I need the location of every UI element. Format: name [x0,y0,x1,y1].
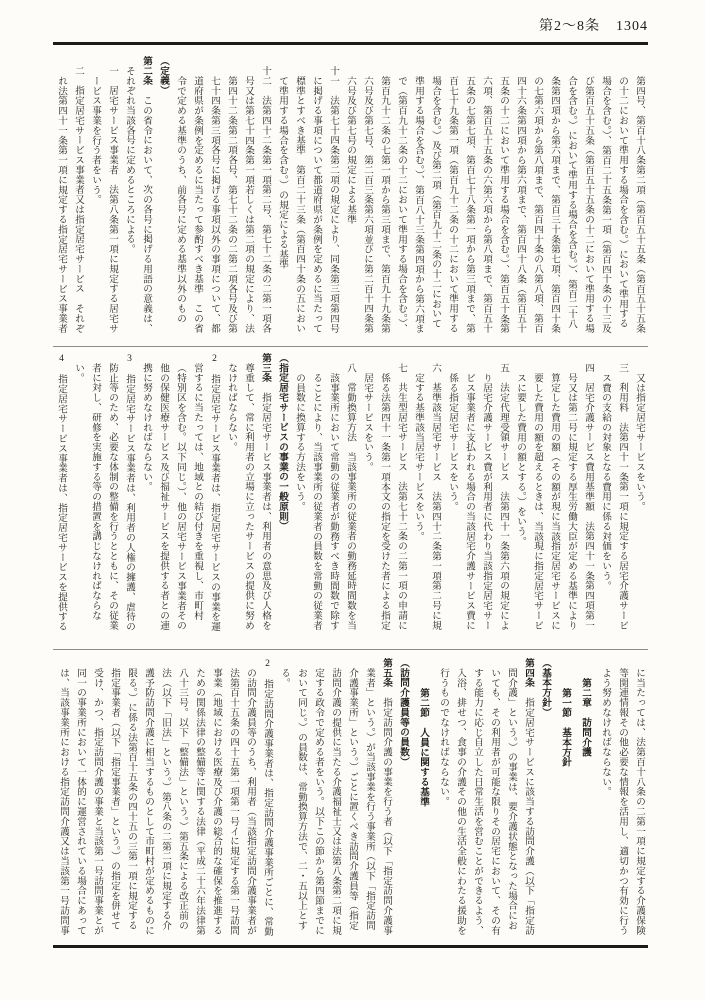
text-column: 受け、かつ、指定訪問介護の事業と当該第一号訪問事業とが [89,658,106,942]
text-column: 第一節 基本方針 [557,658,574,942]
law-book-page: 第2〜8条 1304 第四号、第百十八条第二項（第百五十五条（第百五十五条の十二… [0,0,705,1000]
text-column: 令で定める基準のうち、前各号に定める基準以外のもの [172,56,189,340]
text-column: ビス事業者に支払われる場合の当該居宅介護サービス費に [461,353,478,637]
text-column: 訪問介護の提供に当たる介護福祉士又は法第八条第二項に規 [327,658,344,942]
text-column: 条第四項から第六項まで、第百三十条第七項、第百四十条 [546,56,563,340]
text-column: 尊重して、常に利用者の立場に立ったサービスの提供に努め [240,353,257,637]
text-column: おいて同じ。）の員数は、常勤換算方法で、二・五以上とす [293,658,310,942]
text-column: 三 利用料 法第四十一条第一項に規定する居宅介護サービ [614,353,631,637]
text-column: 二 指定居宅サービス事業者又は指定居宅サービス それぞ [70,56,87,340]
text-column: 百七十九条第一項（第百九十二条の十二において準用する [444,56,461,340]
text-column: 第四十二条第二項各号、第七十二条の二第二項各号及び第 [223,56,240,340]
text-column: の七第六項から第八項まで、第百四十条の八第八項、第百 [529,56,546,340]
text-column: 六項、第百五十五条の六第六項から第八項まで、第百五十 [478,56,495,340]
text-column: 四十六条第四項から第六項まで、第百四十八条（第百五十 [512,56,529,340]
text-column: 2 指定訪問介護事業者は、指定訪問介護事業所ごとに、常勤 [259,658,276,942]
text-column: 事業（地域における医療及び介護の総合的な確保を推進する [208,658,225,942]
text-column: ための関係法律の整備等に関する法律（平成二十六年法律第 [191,658,208,942]
text-column: 指定事業者（以下「指定事業者」という。）の指定を併せて [106,658,123,942]
text-column: 第四条 指定居宅サービスに該当する訪問介護（以下「指定訪 [520,658,537,942]
text-column: 法（以下「旧法」という。）第八条の二第二項に規定する介 [157,658,174,942]
text-column: いても、その利用者が可能な限りその居宅において、その有 [486,658,503,942]
text-column: 護予防訪問介護に相当するものとして市町村が定めるものに [140,658,157,942]
text-column: （訪問介護員等の員数） [395,658,412,942]
text-column: 五条の七第七項、第百七十八条第一項から第三項まで、第 [461,56,478,340]
text-column: 八十三号。以下「整備法」という。）第五条による改正前の [174,658,191,942]
text-column: 六号及び第七号、第二百三条第六項並びに第二百十四条第 [359,56,376,340]
text-column: に掲げる事項について都道府県が条例を定めるに当たって [308,56,325,340]
text-column: の員数に換算する方法をいう。 [291,353,308,637]
text-column: 入浴、排せつ、食事の介護その他の生活全般にわたる援助を [452,658,469,942]
text-column: 限る。）に係る法第百十五条の四十五の三第一項に規定する [123,658,140,942]
text-column: 4 指定居宅サービス事業者は、指定居宅サービスを提供する [53,353,70,637]
text-column: 携に努めなければならない。 [138,353,155,637]
law-text-band-3: に当たっては、法第百十八条の二第一項に規定する介護保険等関連情報その他必要な情報… [53,658,648,942]
text-column: て準用する場合を含む。）の規定による基準 [274,56,291,340]
text-column: 居宅サービスをいう。 [359,353,376,637]
text-column: 第五条 指定訪問介護の事業を行う者（以下「指定訪問介護事 [378,658,395,942]
text-column: 号又は第七十四条第一項若しくは第二項の規定により、法 [240,56,257,340]
text-column: 合を含む。）において準用する場合を含む。）、第百二十八 [563,56,580,340]
page-header: 第2〜8条 1304 [539,15,648,35]
text-column: 2 指定居宅サービス事業者は、指定居宅サービスの事業を運 [206,353,223,637]
text-column: 標準とすべき基準 第百二十三条（第百四十条の五におい [291,56,308,340]
text-column: それぞれ当該各号に定めるところによる。 [121,56,138,340]
text-column: 問介護」という。）の事業は、要介護状態となった場合にお [503,658,520,942]
text-column: 号又は第二号に規定する厚生労働大臣が定める基準により [563,353,580,637]
text-column: 五 法定代理受領サービス 法第四十一条第六項の規定によ [495,353,512,637]
text-column: 七 共生型居宅サービス 法第七十二条の二第一項の申請に [393,353,410,637]
text-column: 道府県が条例を定めるに当たって参酌すべき基準 この省 [189,56,206,340]
text-column: 一 居宅サービス事業者 法第八条第一項に規定する居宅サ [104,56,121,340]
header-rule [53,42,648,45]
band-separator-1 [53,346,648,347]
text-column: 第百九十二条の七第一項から第三項まで、第百九十九条第 [376,56,393,340]
band-separator-2 [53,649,648,650]
page-number-label: 1304 [616,19,648,35]
text-column: 六号及び第七号の規定による基準 [342,56,359,340]
text-column: 七十四条第三項各号に掲げる事項以外の事項について、都 [206,56,223,340]
text-column: 業者」という。）が当該事業を行う事業所（以下「指定訪問 [361,658,378,942]
text-column: 要した費用の額を超えるときは、当該現に指定居宅サービ [529,353,546,637]
text-column: （定義） [155,56,172,340]
text-column: 又は指定居宅サービスをいう。 [631,353,648,637]
text-column: 3 指定居宅サービス事業者は、利用者の人権の擁護、虐待の [121,353,138,637]
text-column: 等関連情報その他必要な情報を活用し、適切かつ有効に行う [614,658,631,942]
text-column: 介護事業所」という。）ごとに置くべき訪問介護員等（指定 [344,658,361,942]
text-column: 防止等のため、必要な体制の整備を行うとともに、その従業 [104,353,121,637]
text-column: 該事業所において常勤の従業者が勤務すべき時間数で除す [325,353,342,637]
text-column: 五条の十二において準用する場合を含む。）、第百五十条第 [495,56,512,340]
text-column: れ法第四十一条第一項に規定する指定居宅サービス事業者 [53,56,70,340]
text-column: する能力に応じ自立した日常生活を営むことができるよう、 [469,658,486,942]
text-column: に当たっては、法第百十八条の二第一項に規定する介護保険 [631,658,648,942]
text-column: 係る法第四十一条第一項本文の指定を受けた者による指定 [376,353,393,637]
text-column: （基本方針） [537,658,554,942]
text-column: 者に対し、研修を実施する等の措置を講じなければならな [87,353,104,637]
text-column: 第三条 指定居宅サービス事業者は、利用者の意思及び人格を [257,353,274,637]
text-column: 係る指定居宅サービスをいう。 [444,353,461,637]
text-column: 定する政令で定める者をいう。以下この節から第四節までに [310,658,327,942]
text-column: る。 [276,658,293,942]
text-column: り居宅介護サービス費が利用者に代わり当該指定居宅サー [478,353,495,637]
footer-rule [53,945,648,948]
law-text-band-1: 第四号、第百十八条第二項（第百五十五条（第百五十五条の十二において準用する場合を… [53,56,648,340]
text-column: （特別区を含む。以下同じ。）、他の居宅サービス事業者その [172,353,189,637]
text-column: 場合を含む。）及び第二項（第百九十二条の十二において [427,56,444,340]
text-column: よう努めなければならない。 [597,658,614,942]
text-column: 第二章 訪問介護 [577,658,594,942]
text-column: で（第百九十二条の十二において準用する場合を含む。）、 [393,56,410,340]
text-column: 十二 法第四十二条第一項第二号、第七十二条の二第一項各 [257,56,274,340]
text-column: ス費の支給の対象となる費用に係る対価をいう。 [597,353,614,637]
text-column: 定する基準該当居宅サービスをいう。 [410,353,427,637]
text-column: 準用する場合を含む。）、第百八十三条第四項から第六項ま [410,56,427,340]
text-column: の訪問介護員等のうち、利用者（当該指定訪問介護事業者が [242,658,259,942]
text-column: 第四号、第百十八条第二項（第百五十五条（第百五十五条 [631,56,648,340]
text-column: スに要した費用の額とする。）をいう。 [512,353,529,637]
text-column: 八 常勤換算方法 当該事業所の従業者の勤務延時間数を当 [342,353,359,637]
text-column: ることにより、当該事業所の従業者の員数を常勤の従業者 [308,353,325,637]
text-column: 同一の事業所において一体的に運営されている場合にあって [72,658,89,942]
text-column: は、当該事業所における指定訪問介護又は当該第一号訪問事 [55,658,72,942]
text-column: び第百五十五条（第百五十五条の十二において準用する場 [580,56,597,340]
law-text-band-2: 又は指定居宅サービスをいう。三 利用料 法第四十一条第一項に規定する居宅介護サー… [53,353,648,637]
text-column: 場合を含む。）、第百二十五条第一項（第百四十条の十三及 [597,56,614,340]
text-column: 十一 法第七十四条第二項の規定により、同条第三項第四号 [325,56,342,340]
text-column: 他の保健医療サービス及び福祉サービスを提供する者との連 [155,353,172,637]
text-column: 六 基準該当居宅サービス 法第四十二条第一項第二号に規 [427,353,444,637]
text-column: ービス事業を行う者をいう。 [87,56,104,340]
text-column: なければならない。 [223,353,240,637]
article-range-label: 第2〜8条 [539,15,600,35]
text-column: い。 [70,353,87,637]
text-column: 四 居宅介護サービス費用基準額 法第四十一条第四項第一 [580,353,597,637]
text-column: 法第百十五条の四十五第一項第一号イに規定する第一号訪問 [225,658,242,942]
text-column: 第二条 この省令において、次の各号に掲げる用語の意義は、 [138,56,155,340]
text-column: 行うものでなければならない。 [435,658,452,942]
text-column: 第二節 人員に関する基準 [415,658,432,942]
text-column: の十二において準用する場合を含む。）において準用する [614,56,631,340]
text-column: 営するに当たっては、地域との結び付きを重視し、市町村 [189,353,206,637]
text-column: 算定した費用の額（その額が現に当該指定居宅サービスに [546,353,563,637]
text-column: （指定居宅サービスの事業の一般原則） [274,353,291,637]
